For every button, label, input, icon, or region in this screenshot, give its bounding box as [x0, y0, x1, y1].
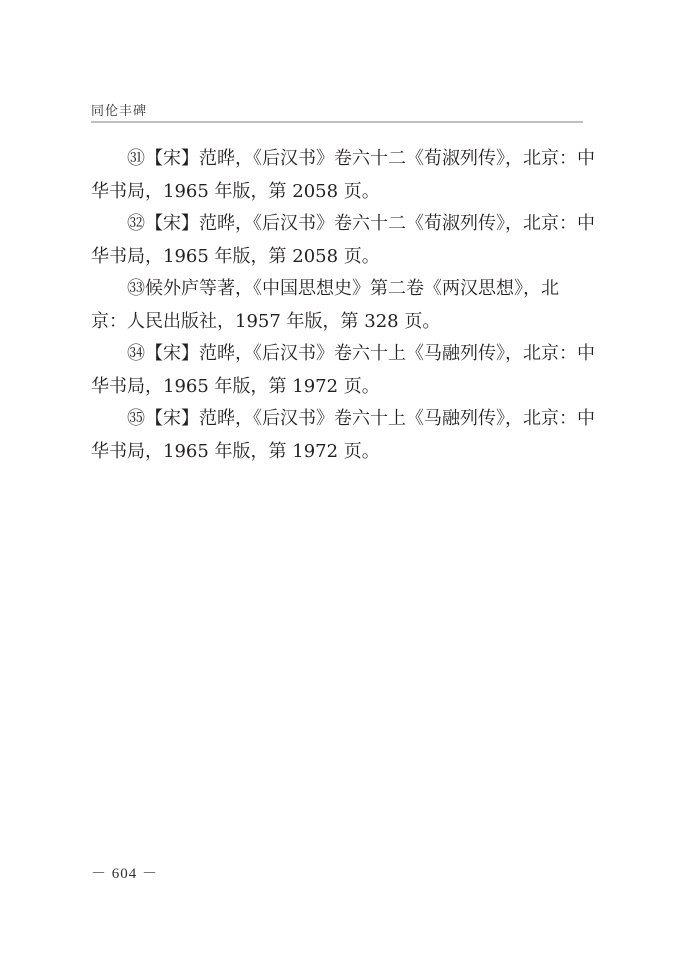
footnote-33: ㉝候外庐等著，《中国思想史》第二卷《两汉思想》，北 京：人民出版社，1957 年…: [91, 273, 585, 338]
footnote-35: ㉟【宋】范晔，《后汉书》卷六十上《马融列传》，北京：中 华书局，1965 年版，…: [91, 403, 585, 468]
footnote-31: ㉛【宋】范晔，《后汉书》卷六十二《荀淑列传》，北京：中 华书局，1965 年版，…: [91, 143, 585, 208]
running-head-title: 同伦丰碑: [91, 100, 147, 119]
footnote-line: ㉝候外庐等著，《中国思想史》第二卷《两汉思想》，北: [91, 273, 585, 306]
footnotes-list: ㉛【宋】范晔，《后汉书》卷六十二《荀淑列传》，北京：中 华书局，1965 年版，…: [91, 143, 585, 468]
footnote-line: 华书局，1965 年版，第 1972 页。: [91, 436, 585, 469]
footnote-line: 华书局，1965 年版，第 1972 页。: [91, 371, 585, 404]
page-number: － 604 －: [91, 862, 158, 883]
header-rule: [91, 121, 583, 123]
footnote-34: ㉞【宋】范晔，《后汉书》卷六十上《马融列传》，北京：中 华书局，1965 年版，…: [91, 338, 585, 403]
footnote-line: 华书局，1965 年版，第 2058 页。: [91, 176, 585, 209]
footnote-line: 京：人民出版社，1957 年版，第 328 页。: [91, 306, 585, 339]
footnote-line: ㉞【宋】范晔，《后汉书》卷六十上《马融列传》，北京：中: [91, 338, 585, 371]
footnote-line: ㉟【宋】范晔，《后汉书》卷六十上《马融列传》，北京：中: [91, 403, 585, 436]
footnote-line: ㉜【宋】范晔，《后汉书》卷六十二《荀淑列传》，北京：中: [91, 208, 585, 241]
footnote-32: ㉜【宋】范晔，《后汉书》卷六十二《荀淑列传》，北京：中 华书局，1965 年版，…: [91, 208, 585, 273]
footnote-line: 华书局，1965 年版，第 2058 页。: [91, 241, 585, 274]
footnote-line: ㉛【宋】范晔，《后汉书》卷六十二《荀淑列传》，北京：中: [91, 143, 585, 176]
